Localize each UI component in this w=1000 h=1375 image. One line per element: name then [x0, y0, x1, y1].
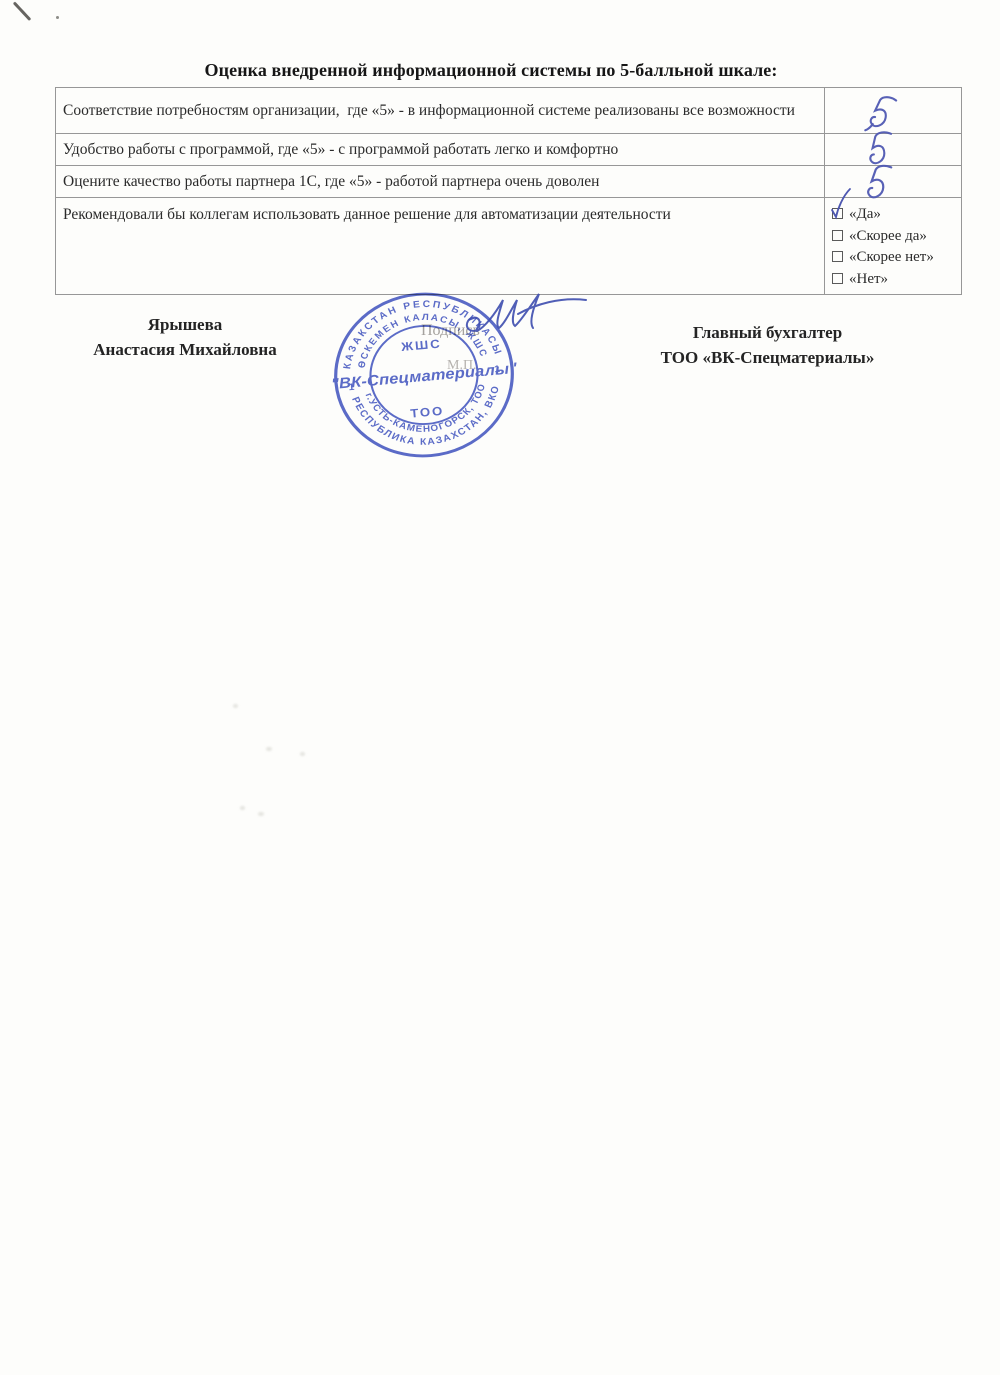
stamp-too-label: ТОО [410, 404, 445, 420]
checkbox-checked [832, 208, 843, 219]
checkbox-empty [832, 230, 843, 241]
scan-speck [300, 752, 305, 756]
handwritten-signature [458, 287, 606, 343]
question-cell: Рекомендовали бы коллегам использовать д… [56, 198, 825, 295]
score-cell [825, 134, 962, 166]
option-label: «Нет» [849, 271, 888, 287]
scan-speck [258, 812, 264, 816]
answer-options: «Да» «Скорее да» «Скорее нет» «Нет» [832, 204, 952, 290]
question-cell: Соответствие потребностям организации, г… [56, 88, 825, 134]
question-cell: Оцените качество работы партнера 1С, где… [56, 166, 825, 198]
score-cell [825, 88, 962, 134]
options-cell: «Да» «Скорее да» «Скорее нет» «Нет» [825, 198, 962, 295]
checkbox-empty [832, 251, 843, 262]
evaluation-table: Соответствие потребностям организации, г… [55, 87, 962, 295]
table-row: Удобство работы с программой, где «5» - … [56, 134, 962, 166]
scanned-document-page: Оценка внедренной информационной системы… [0, 0, 1000, 1375]
option-label: «Скорее да» [849, 228, 927, 244]
checkbox-empty [832, 273, 843, 284]
signatory-position: Главный бухгалтер ТОО «ВК-Спецматериалы» [640, 320, 895, 370]
company-name: ТОО «ВК-Спецматериалы» [640, 345, 895, 370]
scan-speck [233, 704, 238, 708]
signatory-surname: Ярышева [60, 312, 310, 337]
scan-speck [240, 806, 245, 810]
option-da: «Да» [832, 204, 952, 226]
handwritten-check-icon [828, 187, 854, 221]
option-skoree-da: «Скорее да» [832, 226, 952, 248]
table-row: Рекомендовали бы коллегам использовать д… [56, 198, 962, 295]
page-corner-fold [0, 0, 72, 98]
stamp-zhshs-label: ЖШС [400, 337, 442, 354]
document-title: Оценка внедренной информационной системы… [55, 60, 927, 81]
signatory-given-names: Анастасия Михайловна [60, 337, 310, 362]
option-net: «Нет» [832, 269, 952, 291]
signatory-name: Ярышева Анастасия Михайловна [60, 312, 310, 362]
question-cell: Удобство работы с программой, где «5» - … [56, 134, 825, 166]
table-row: Соответствие потребностям организации, г… [56, 88, 962, 134]
scan-speck [56, 16, 59, 19]
table-row: Оцените качество работы партнера 1С, где… [56, 166, 962, 198]
scan-speck [266, 747, 272, 751]
position-title: Главный бухгалтер [640, 320, 895, 345]
option-skoree-net: «Скорее нет» [832, 247, 952, 269]
option-label: «Скорее нет» [849, 249, 934, 265]
